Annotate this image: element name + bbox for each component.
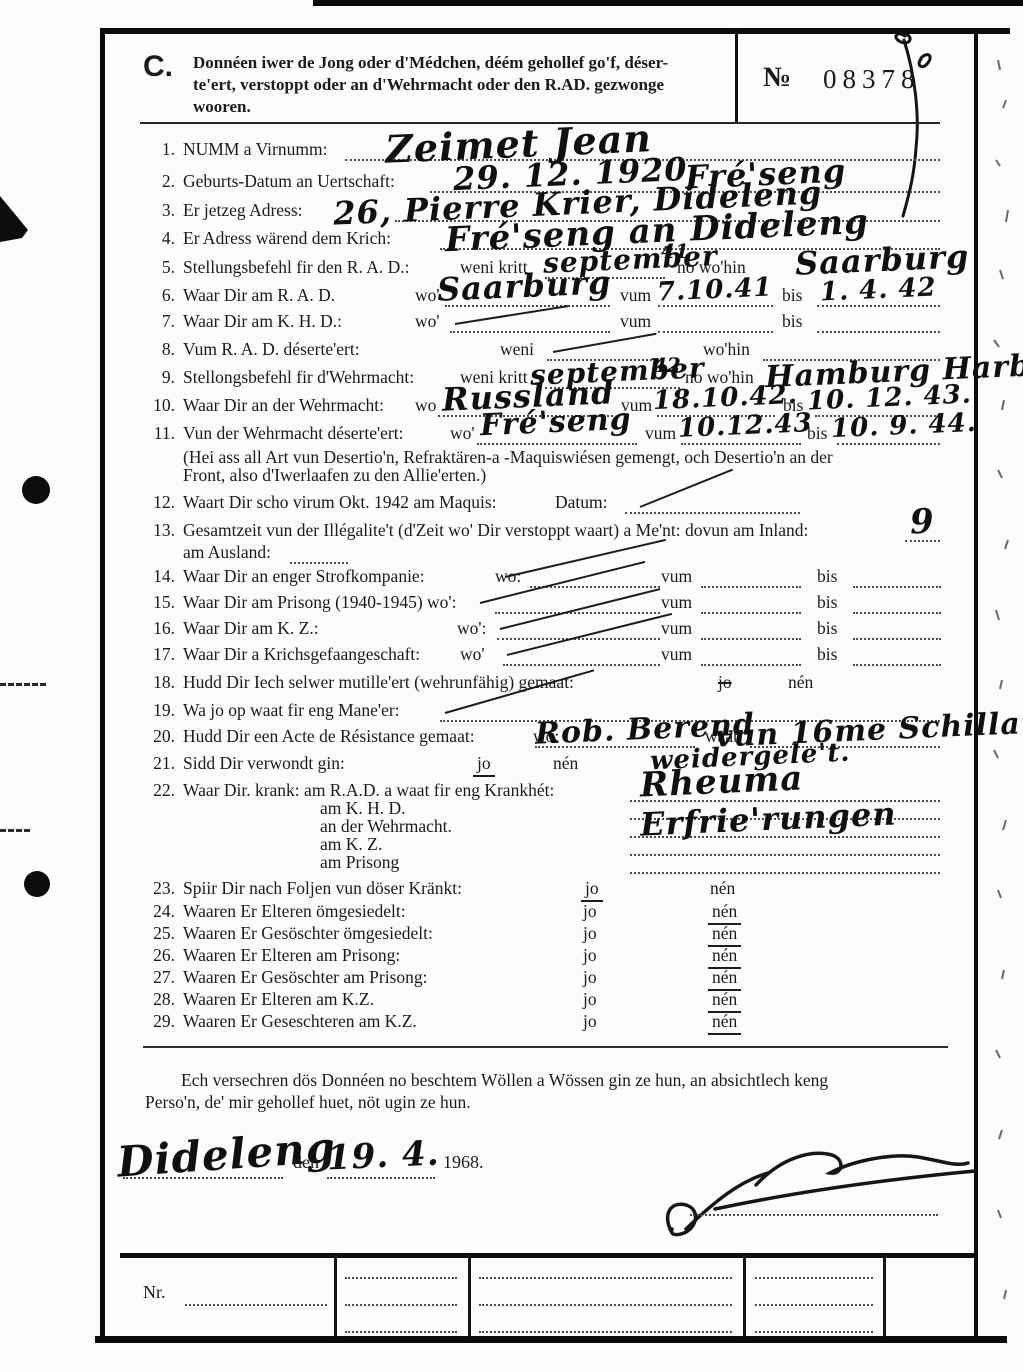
- header-line: Donnéen iwer de Jong oder d'Médchen, déé…: [193, 52, 733, 74]
- row-label: Waaren Er Elteren am K.Z.: [183, 989, 374, 1010]
- handwritten-place: Saarburg: [436, 263, 612, 309]
- row-label: Waaren Er Elteren ömgesiedelt:: [183, 901, 406, 922]
- row-label: Waaren Er Geseschteren am K.Z.: [183, 1011, 417, 1032]
- form-row-7: 7. Waar Dir am K. H. D.: wo' vum bis: [105, 311, 973, 337]
- row-number: 4.: [139, 228, 175, 249]
- answer-nen-underlined: nén: [708, 1011, 741, 1035]
- scan-triangle-mark: [0, 194, 32, 246]
- declaration-line1: Ech versechren dös Donnéen no beschtem W…: [145, 1070, 828, 1091]
- table-vertical-line: [468, 1255, 471, 1337]
- row-label: NUMM a Virnumm:: [183, 139, 327, 160]
- nr-label: Nr.: [143, 1282, 166, 1303]
- row-number: 5.: [139, 257, 175, 278]
- field-label-wo: wo': [450, 423, 475, 444]
- form-row-15: 15. Waar Dir am Prisong (1940-1945) wo':…: [105, 592, 973, 618]
- dotted-line: [625, 494, 800, 514]
- field-label-vum: vum: [661, 618, 692, 639]
- form-row-17: 17. Waar Dir a Krichsgefaangeschaft: wo'…: [105, 644, 973, 670]
- row-number: 21.: [139, 753, 175, 774]
- row-11-note-line2: Front, also d'Iwerlaafen zu den Allie'er…: [183, 465, 486, 486]
- dotted-line: [479, 1277, 732, 1279]
- form-row-12: 12. Waart Dir scho virum Okt. 1942 am Ma…: [105, 492, 973, 518]
- row-number: 1.: [139, 139, 175, 160]
- field-label-wo: wo': [460, 644, 485, 665]
- form-header-title: Donnéen iwer de Jong oder d'Médchen, déé…: [193, 52, 733, 118]
- row-number: 8.: [139, 339, 175, 360]
- form-row-20: 20. Hudd Dir een Acte de Résistance gema…: [105, 726, 973, 752]
- punch-hole: [24, 871, 50, 897]
- row-label: Stellungsbefehl fir den R. A. D.:: [183, 257, 410, 278]
- dotted-line: [630, 854, 940, 874]
- answer-nen-underlined: nén: [708, 901, 741, 925]
- row-number: 13.: [139, 520, 175, 541]
- scan-edge-bar: [313, 0, 1023, 6]
- answer-nen: nén: [710, 878, 735, 899]
- row-label: Waar Dir am R. A. D.: [183, 285, 335, 306]
- field-label-bis: bis: [817, 566, 837, 587]
- field-label-bis: bis: [817, 592, 837, 613]
- dotted-line: [701, 620, 801, 640]
- answer-nen: nén: [788, 672, 813, 693]
- answer-jo-struck: jo: [718, 672, 732, 693]
- row-number: 19.: [139, 700, 175, 721]
- field-label-vum: vum: [661, 644, 692, 665]
- dotted-line: [658, 313, 773, 333]
- table-vertical-line: [743, 1255, 746, 1337]
- form-row-16: 16. Waar Dir am K. Z.: wo': vum bis: [105, 618, 973, 644]
- row-number: 27.: [139, 967, 175, 988]
- row-label: Waaren Er Gesöschter ömgesiedelt:: [183, 923, 433, 944]
- dotted-line: [450, 313, 610, 333]
- answer-nen: nén: [553, 753, 578, 774]
- row-label: Waar Dir an enger Strofkompanie:: [183, 566, 425, 587]
- row-number: 3.: [139, 200, 175, 221]
- field-label-wo: wo': [415, 311, 440, 332]
- row-number: 11.: [139, 423, 175, 444]
- row-label: Vun der Wehrmacht déserte'ert:: [183, 423, 404, 444]
- dotted-line: [185, 1304, 327, 1306]
- header-line: te'ert, verstoppt oder an d'Wehrmacht od…: [193, 74, 733, 96]
- answer-jo: jo: [583, 1011, 597, 1032]
- table-top-border: [120, 1253, 975, 1258]
- scan-dash-mark: [0, 829, 30, 832]
- table-vertical-line: [334, 1255, 337, 1337]
- field-label-wohin: wo'hin: [703, 339, 750, 360]
- row-number: 26.: [139, 945, 175, 966]
- dotted-line: [701, 646, 801, 666]
- row-number: 25.: [139, 923, 175, 944]
- row-label: Sidd Dir verwondt gin:: [183, 753, 345, 774]
- field-label-vum: vum: [620, 285, 651, 306]
- dotted-line: [345, 1304, 457, 1306]
- row-number: 14.: [139, 566, 175, 587]
- field-label-vum: vum: [661, 592, 692, 613]
- row-number: 29.: [139, 1011, 175, 1032]
- row-label: Er Adress wärend dem Krich:: [183, 228, 391, 249]
- form-row-22-prisong: am Prisong: [105, 852, 973, 878]
- field-label-bis: bis: [807, 423, 827, 444]
- header-line: wooren.: [193, 96, 733, 118]
- dotted-line-signature: [690, 1196, 938, 1216]
- row-label: Geburts-Datum an Uertschaft:: [183, 171, 395, 192]
- row-number: 24.: [139, 901, 175, 922]
- row-number: 23.: [139, 878, 175, 899]
- form-row-29: 29. Waaren Er Geseschteren am K.Z. jo né…: [105, 1011, 973, 1037]
- handwritten-date-from: 10.12.43: [677, 408, 813, 444]
- number-box-divider: [735, 28, 738, 124]
- row-label: Vum R. A. D. déserte'ert:: [183, 339, 360, 360]
- row-number: 28.: [139, 989, 175, 1010]
- row-label: Spiir Dir nach Foljen vun döser Kränkt:: [183, 878, 462, 899]
- scan-dash-mark: [0, 683, 46, 686]
- field-label-vum: vum: [661, 566, 692, 587]
- row-number: 16.: [139, 618, 175, 639]
- answer-jo: jo: [583, 967, 597, 988]
- row-number: 7.: [139, 311, 175, 332]
- row-number: 10.: [139, 395, 175, 416]
- handwritten-date-to: 1. 4. 42: [819, 272, 937, 307]
- dotted-line: [345, 1331, 457, 1333]
- dotted-line: [701, 568, 801, 588]
- row-label-ausland: am Ausland:: [183, 542, 271, 563]
- dotted-line: [345, 1277, 457, 1279]
- dotted-line: [853, 646, 941, 666]
- handwritten-date-to: 10. 9. 44.: [830, 408, 977, 444]
- answer-jo: jo: [583, 989, 597, 1010]
- field-label-bis: bis: [782, 311, 802, 332]
- row-label: Waar Dir am Prisong (1940-1945) wo':: [183, 592, 456, 613]
- handwritten-date-from: 7.10.41: [656, 272, 773, 307]
- row-number: 12.: [139, 492, 175, 513]
- row-label: Hudd Dir Iech selwer mutille'ert (wehrun…: [183, 672, 574, 693]
- field-label-bis: bis: [782, 285, 802, 306]
- answer-nen-underlined: nén: [708, 923, 741, 947]
- row-label: Waar Dir an der Wehrmacht:: [183, 395, 384, 416]
- field-label-vum: vum: [645, 423, 676, 444]
- footer-den-label: den: [293, 1152, 319, 1173]
- row-number: 17.: [139, 644, 175, 665]
- answer-nen-underlined: nén: [708, 989, 741, 1013]
- answer-jo-underlined: jo: [581, 878, 603, 902]
- dotted-line: [495, 594, 660, 614]
- punch-hole: [22, 476, 50, 504]
- answer-jo-underlined: jo: [473, 753, 495, 777]
- dotted-line: [755, 1331, 873, 1333]
- row-number: 2.: [139, 171, 175, 192]
- form-row-6: 6. Waar Dir am R. A. D. wo' Saarburg vum…: [105, 285, 973, 311]
- row-number: 15.: [139, 592, 175, 613]
- scan-noise-right: [986, 40, 1023, 1340]
- sub-label-prisong: am Prisong: [320, 852, 399, 873]
- field-label-wo: wo':: [457, 618, 486, 639]
- dotted-line: [701, 594, 801, 614]
- scanned-form-page: C. Donnéen iwer de Jong oder d'Médchen, …: [0, 0, 1023, 1372]
- document-border-frame: C. Donnéen iwer de Jong oder d'Médchen, …: [100, 28, 978, 1343]
- row-label: Hudd Dir een Acte de Résistance gemaat:: [183, 726, 475, 747]
- answer-jo: jo: [583, 923, 597, 944]
- answer-nen-underlined: nén: [708, 967, 741, 991]
- form-row-11: 11. Vun der Wehrmacht déserte'ert: wo' F…: [105, 423, 973, 449]
- dotted-line: [755, 1304, 873, 1306]
- dotted-line: [479, 1331, 732, 1333]
- field-label-vum: vum: [620, 311, 651, 332]
- answer-jo: jo: [583, 901, 597, 922]
- document-number-sign: №: [763, 62, 791, 94]
- dotted-line: [123, 1159, 283, 1179]
- dotted-line: [327, 1159, 435, 1179]
- field-label-bis: bis: [817, 618, 837, 639]
- form-row-13b: am Ausland:: [105, 542, 973, 568]
- section-letter: C.: [143, 50, 173, 84]
- field-label-weni: weni: [500, 339, 534, 360]
- dotted-line: [290, 544, 348, 564]
- row-number: 6.: [139, 285, 175, 306]
- field-label-datum: Datum:: [555, 492, 608, 513]
- handwritten-year-sup: 42: [653, 353, 681, 377]
- dotted-line: [853, 620, 941, 640]
- row-label: Waar Dir am K. Z.:: [183, 618, 319, 639]
- dotted-line: [853, 568, 941, 588]
- answer-nen-underlined: nén: [708, 945, 741, 969]
- signature: [660, 1129, 990, 1259]
- dotted-line: [817, 313, 940, 333]
- field-label-wo: wo: [415, 395, 436, 416]
- handwritten-place: Fré'seng: [479, 402, 632, 444]
- form-row-21: 21. Sidd Dir verwondt gin: jo nén: [105, 753, 973, 779]
- field-label-bis: bis: [817, 644, 837, 665]
- answer-jo: jo: [583, 945, 597, 966]
- row-label: Stellongsbefehl fir d'Wehrmacht:: [183, 367, 414, 388]
- dotted-line: [479, 1304, 732, 1306]
- field-label-wo: wo': [415, 285, 440, 306]
- row-number: 18.: [139, 672, 175, 693]
- row-label: Waaren Er Gesöschter am Prisong:: [183, 967, 428, 988]
- section-divider-rule: [143, 1046, 948, 1048]
- dotted-line: [853, 594, 941, 614]
- row-number: 9.: [139, 367, 175, 388]
- declaration-line2: Perso'n, de' mir gehollef huet, nöt ugin…: [145, 1092, 471, 1113]
- row-label: Waaren Er Elteren am Prisong:: [183, 945, 400, 966]
- row-label: Waart Dir scho virum Okt. 1942 am Maquis…: [183, 492, 497, 513]
- row-label: Waar Dir a Krichsgefaangeschaft:: [183, 644, 420, 665]
- row-label: Wa jo op waat fir eng Mane'er:: [183, 700, 400, 721]
- row-label: Er jetzeg Adress:: [183, 200, 303, 221]
- footer-year-label: 1968.: [443, 1152, 484, 1173]
- handwritten-months-inland: 9: [909, 501, 935, 542]
- row-label: Waar Dir am K. H. D.:: [183, 311, 342, 332]
- row-label: Gesamtzeit vun der Illégalite't (d'Zeit …: [183, 520, 808, 541]
- document-number: 08378: [823, 64, 921, 95]
- row-number: 20.: [139, 726, 175, 747]
- table-vertical-line: [883, 1255, 886, 1337]
- border-extension: [975, 28, 1010, 34]
- dotted-line: [755, 1277, 873, 1279]
